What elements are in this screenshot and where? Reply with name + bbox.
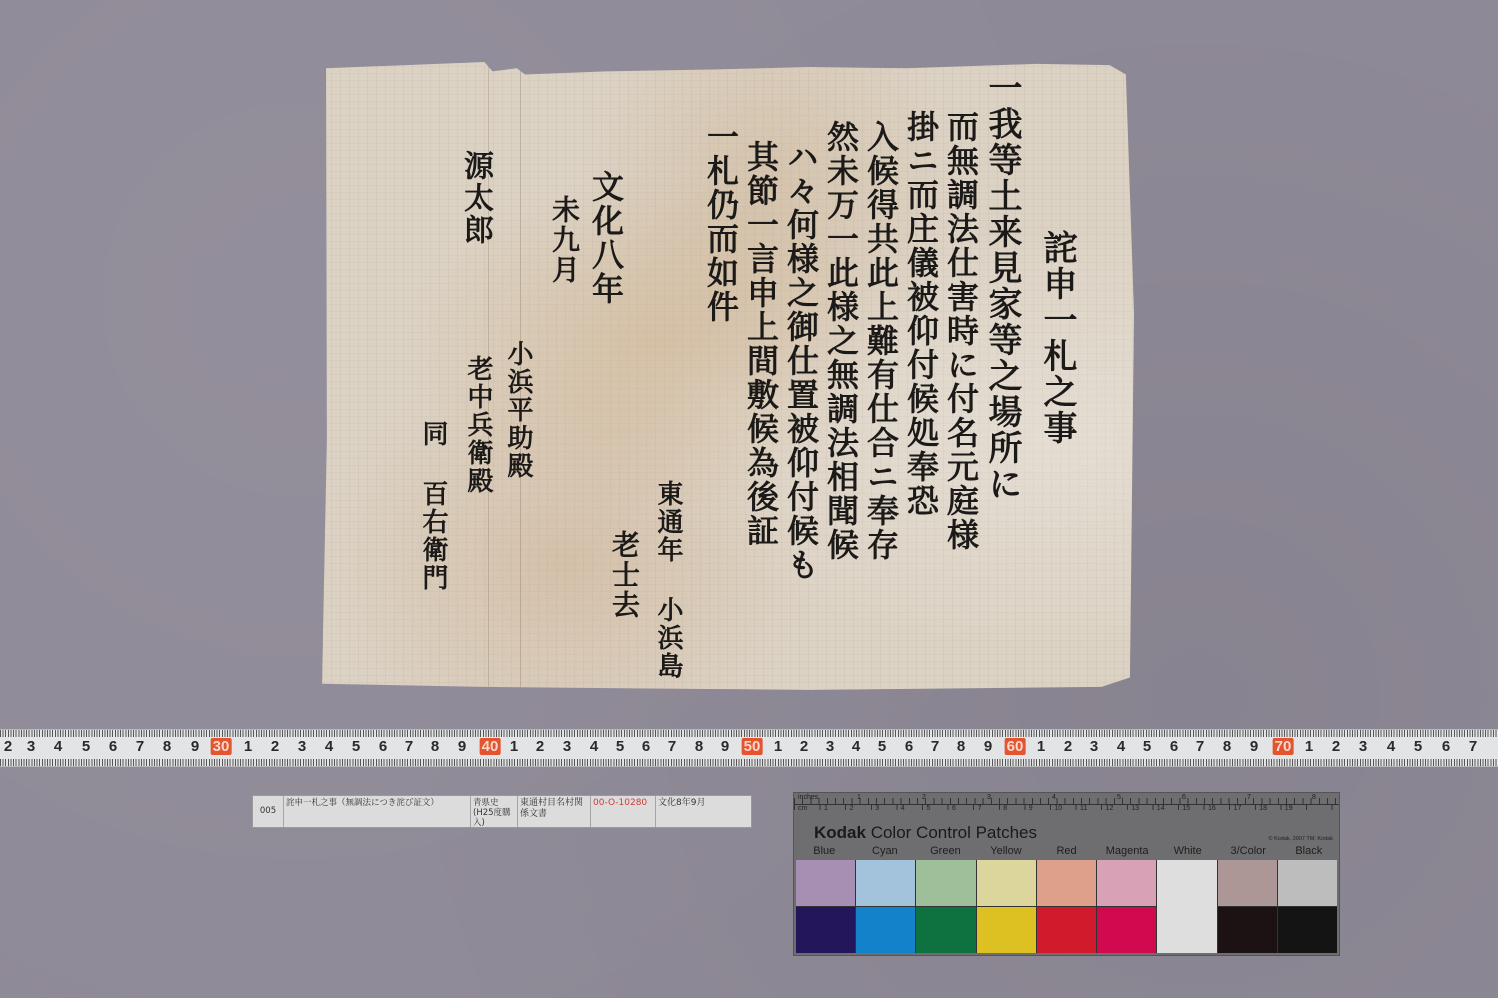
- cm-mark: 18: [1259, 805, 1267, 812]
- inch-mark: 4: [1052, 794, 1056, 801]
- cm-mark: 3: [875, 805, 879, 812]
- color-patch-bottom: [796, 907, 855, 953]
- tape-mark: 1: [1037, 738, 1045, 755]
- tape-mark: 6: [1170, 738, 1178, 755]
- tape-mark: 6: [1442, 738, 1450, 755]
- tape-mark: 3: [298, 738, 306, 755]
- cm-unit-label: cm: [798, 805, 807, 812]
- patch-name: Green: [915, 845, 976, 859]
- text-column: 老中兵衛殿: [465, 355, 491, 495]
- color-patch-top: [1157, 860, 1216, 953]
- tape-mark: 4: [1117, 738, 1125, 755]
- tape-mark: 6: [379, 738, 387, 755]
- tape-mark: 5: [878, 738, 886, 755]
- tape-mark: 5: [616, 738, 624, 755]
- cm-mark: 15: [1182, 805, 1190, 812]
- tape-mark: 2: [1332, 738, 1340, 755]
- tape-major-mark: 40: [480, 738, 501, 755]
- tape-mark: 3: [27, 738, 35, 755]
- color-patch-top: [977, 860, 1036, 906]
- color-patch-top: [916, 860, 975, 906]
- tape-mark: 2: [1064, 738, 1072, 755]
- color-patch-bottom: [1278, 907, 1337, 953]
- tape-mark: 2: [271, 738, 279, 755]
- text-column: 入候得共此上難有仕合ニ奉存: [865, 120, 897, 562]
- tape-mark: 7: [405, 738, 413, 755]
- tape-mark: 9: [191, 738, 199, 755]
- tape-mark: 4: [1387, 738, 1395, 755]
- inch-mark: 5: [1117, 794, 1121, 801]
- inch-mark: 3: [987, 794, 991, 801]
- tape-mark: 1: [244, 738, 252, 755]
- cm-mark: 1: [824, 805, 828, 812]
- text-column: 詫申一札之事: [1040, 230, 1074, 446]
- tape-mark: 8: [957, 738, 965, 755]
- inch-mark: 1: [857, 794, 861, 801]
- label-collection: 東通村目名村関係文書: [518, 796, 591, 827]
- tape-mark: 3: [563, 738, 571, 755]
- inch-unit-label: inches: [798, 794, 818, 801]
- color-patches: [796, 860, 1337, 953]
- text-column: 然未万一此様之無調法相聞候: [825, 120, 857, 562]
- cm-mark: 2: [850, 805, 854, 812]
- text-column: ハ々何様之御仕置被仰付候も: [785, 140, 817, 582]
- cm-mark: 8: [1003, 805, 1007, 812]
- tape-major-mark: 30: [211, 738, 232, 755]
- text-column: 東通年 小浜島: [655, 480, 681, 680]
- patch-name: Cyan: [855, 845, 916, 859]
- color-patch-bottom: [977, 907, 1036, 953]
- patch-names: BlueCyanGreenYellowRedMagentaWhite3/Colo…: [794, 845, 1339, 859]
- tape-mark: 1: [774, 738, 782, 755]
- tape-ticks-top: [0, 730, 1498, 737]
- cm-mark: 16: [1208, 805, 1216, 812]
- tape-mark: 8: [163, 738, 171, 755]
- historical-document: 詫申一札之事一我等土来見家等之場所に而無調法仕害時に付名元庭様掛ニ而庄儀被仰付候…: [322, 62, 1134, 690]
- tape-mark: 5: [82, 738, 90, 755]
- tape-major-mark: 60: [1005, 738, 1026, 755]
- color-patch-bottom: [1097, 907, 1156, 953]
- tape-mark: 5: [1143, 738, 1151, 755]
- color-patch-bottom: [1218, 907, 1277, 953]
- cm-mark: 10: [1054, 805, 1062, 812]
- text-column: 而無調法仕害時に付名元庭様: [945, 110, 977, 552]
- text-column: 文化八年: [590, 170, 622, 306]
- tape-mark: 7: [668, 738, 676, 755]
- color-patch-bottom: [1037, 907, 1096, 953]
- cm-mark: 17: [1234, 805, 1242, 812]
- tape-mark: 2: [536, 738, 544, 755]
- tape-mark: 9: [984, 738, 992, 755]
- label-date: 文化8年9月: [656, 796, 751, 827]
- kodak-copyright: © Kodak, 2007 TM: Kodak: [1269, 836, 1334, 842]
- cm-mark: 5: [926, 805, 930, 812]
- cm-mark: 19: [1285, 805, 1293, 812]
- cm-mark: 6: [952, 805, 956, 812]
- tape-mark: 3: [826, 738, 834, 755]
- patch-name: Red: [1036, 845, 1097, 859]
- color-patch-top: [1278, 860, 1337, 906]
- text-column: 未九月: [550, 195, 578, 285]
- patch-name: Yellow: [976, 845, 1037, 859]
- tape-mark: 9: [721, 738, 729, 755]
- kodak-color-card: inches cm 12345678 123456789101112131415…: [793, 792, 1340, 956]
- tape-mark: 4: [325, 738, 333, 755]
- patch-name: Blue: [794, 845, 855, 859]
- cm-mark: 14: [1157, 805, 1165, 812]
- tape-mark: 7: [136, 738, 144, 755]
- text-column: 一我等土来見家等之場所に: [985, 70, 1019, 502]
- tape-mark: 9: [1250, 738, 1258, 755]
- patch-name: 3/Color: [1218, 845, 1279, 859]
- inch-mark: 7: [1247, 794, 1251, 801]
- tape-mark: 7: [931, 738, 939, 755]
- label-source: 青県史(H25度購入): [471, 796, 518, 827]
- text-column: 一札仍而如件: [705, 120, 737, 324]
- tape-mark: 5: [1414, 738, 1422, 755]
- cm-mark: 12: [1106, 805, 1114, 812]
- text-column: 同 百右衛門: [420, 420, 446, 592]
- kodak-product: Color Control Patches: [871, 823, 1037, 842]
- tape-mark: 8: [431, 738, 439, 755]
- tape-ticks-bottom: [0, 759, 1498, 766]
- inch-mark: 2: [922, 794, 926, 801]
- tape-mark: 2: [4, 738, 12, 755]
- color-patch-bottom: [916, 907, 975, 953]
- tape-mark: 4: [54, 738, 62, 755]
- text-column: 老士去: [610, 530, 638, 620]
- color-patch-top: [856, 860, 915, 906]
- tape-mark: 8: [695, 738, 703, 755]
- tape-mark: 5: [352, 738, 360, 755]
- tape-mark: 6: [109, 738, 117, 755]
- tape-mark: 1: [1305, 738, 1313, 755]
- cm-mark: 9: [1029, 805, 1033, 812]
- cm-mark: 7: [978, 805, 982, 812]
- patch-name: Black: [1279, 845, 1340, 859]
- tape-measure: 2345678930123456789401234567895012345678…: [0, 729, 1498, 767]
- color-patch-top: [796, 860, 855, 906]
- text-column: 掛ニ而庄儀被仰付候処奉恐: [905, 110, 937, 518]
- tape-mark: 6: [642, 738, 650, 755]
- tape-major-mark: 70: [1273, 738, 1294, 755]
- tape-mark: 7: [1469, 738, 1477, 755]
- cm-mark: 13: [1131, 805, 1139, 812]
- color-patch-top: [1218, 860, 1277, 906]
- tape-mark: 6: [905, 738, 913, 755]
- text-column: 其節一言申上間敷候為後証: [745, 140, 777, 548]
- catalog-label: 005 詫申一札之事（無調法につき詫び証文） 青県史(H25度購入) 東通村目名…: [252, 795, 752, 828]
- kodak-brand: Kodak: [814, 823, 866, 842]
- text-column: 小浜平助殿: [505, 340, 531, 480]
- inch-mark: 8: [1312, 794, 1316, 801]
- tape-major-mark: 50: [742, 738, 763, 755]
- label-id: 00-O-10280: [591, 796, 656, 827]
- tape-mark: 3: [1090, 738, 1098, 755]
- patch-name: White: [1157, 845, 1218, 859]
- label-number: 005: [253, 796, 284, 827]
- label-title: 詫申一札之事（無調法につき詫び証文）: [284, 796, 471, 827]
- tape-mark: 4: [590, 738, 598, 755]
- kodak-ruler: inches cm 12345678 123456789101112131415…: [794, 793, 1339, 819]
- color-patch-bottom: [856, 907, 915, 953]
- tape-mark: 7: [1196, 738, 1204, 755]
- text-column: 源太郎: [460, 150, 490, 246]
- color-patch-top: [1037, 860, 1096, 906]
- tape-mark: 1: [510, 738, 518, 755]
- tape-mark: 3: [1359, 738, 1367, 755]
- cm-mark: 4: [901, 805, 905, 812]
- tape-mark: 9: [458, 738, 466, 755]
- cm-mark: 11: [1080, 805, 1087, 812]
- tape-mark: 2: [800, 738, 808, 755]
- color-patch-top: [1097, 860, 1156, 906]
- inch-mark: 6: [1182, 794, 1186, 801]
- patch-name: Magenta: [1097, 845, 1158, 859]
- kodak-title: Kodak Color Control Patches: [814, 823, 1037, 843]
- tape-mark: 8: [1223, 738, 1231, 755]
- tape-mark: 4: [852, 738, 860, 755]
